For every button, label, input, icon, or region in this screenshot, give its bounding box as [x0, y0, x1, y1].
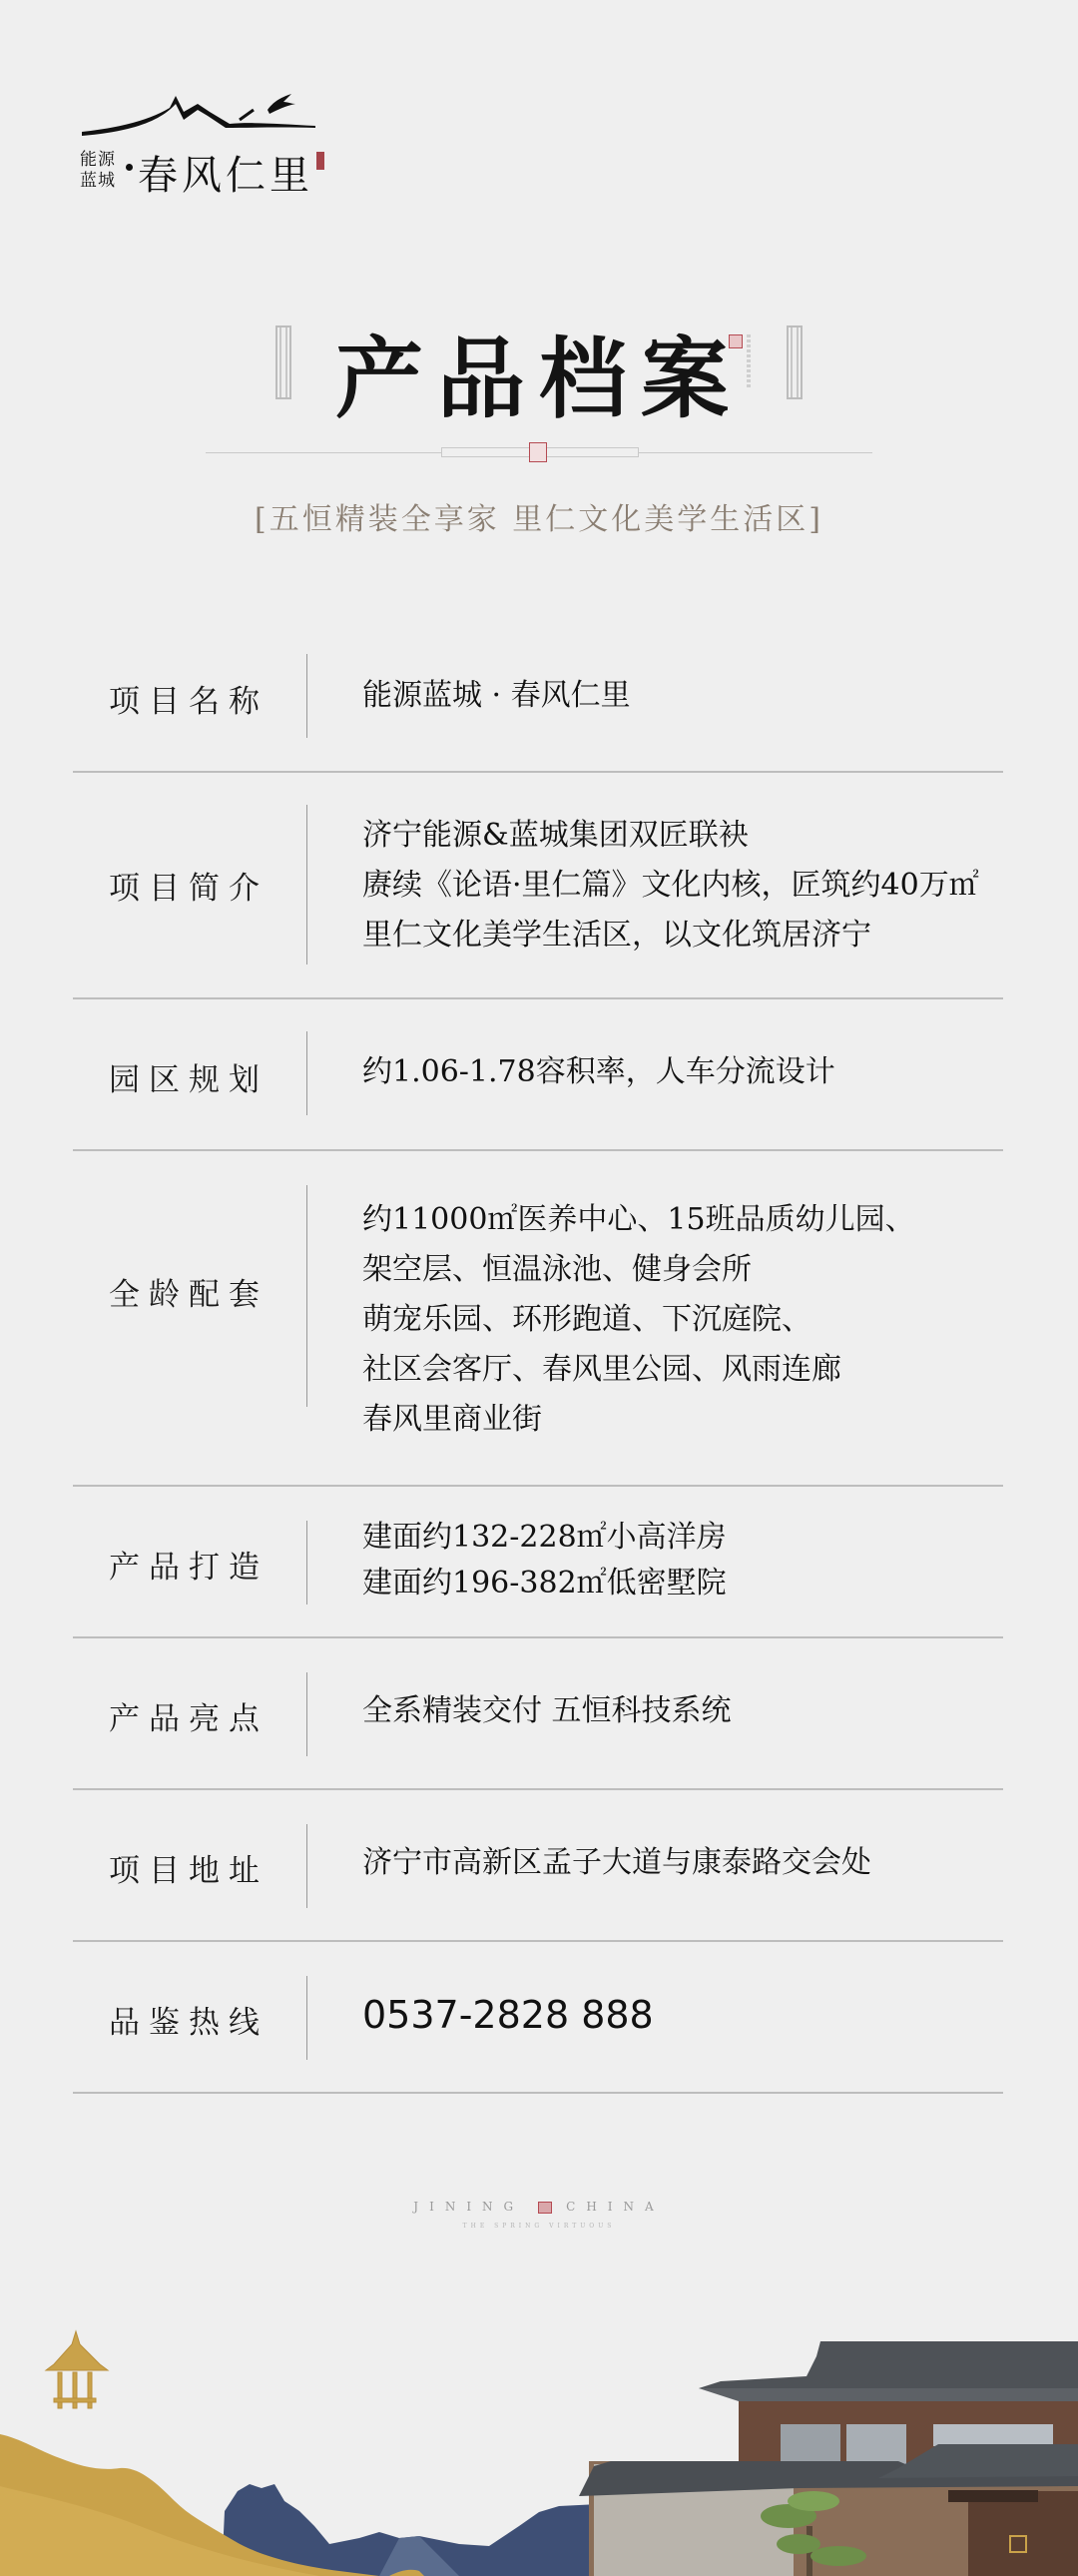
row-label: 品鉴热线 — [109, 1997, 269, 2042]
value-line: 赓续《论语·里仁篇》文化内核，匠筑约40万㎡ — [362, 861, 979, 911]
row-value: 能源蓝城 · 春风仁里 — [362, 671, 631, 721]
row-label: 项目地址 — [109, 1845, 269, 1890]
footer-right-word: CHINA — [566, 2200, 665, 2214]
row-label: 项目简介 — [109, 863, 269, 908]
value-line: 济宁能源&蓝城集团双匠联袂 — [362, 811, 979, 861]
table-row-address: 项目地址 济宁市高新区孟子大道与康泰路交会处 — [73, 1790, 1003, 1942]
row-value: 约1.06-1.78容积率，人车分流设计 — [362, 1047, 835, 1097]
pavilion-icon — [46, 2331, 108, 2408]
logo-seal-icon — [316, 152, 324, 170]
row-value: 建面约132-228㎡小高洋房 建面约196-382㎡低密墅院 — [362, 1515, 727, 1607]
table-row-hotline: 品鉴热线 0537-2828 888 — [73, 1942, 1003, 2094]
table-row-products: 产品打造 建面约132-228㎡小高洋房 建面约196-382㎡低密墅院 — [73, 1487, 1003, 1638]
title-seal-icon — [729, 334, 743, 348]
divider-seal-icon — [529, 442, 547, 462]
row-label: 全龄配套 — [109, 1269, 269, 1314]
value-line: 约1.06-1.78容积率，人车分流设计 — [362, 1047, 835, 1097]
value-line: 济宁市高新区孟子大道与康泰路交会处 — [362, 1838, 871, 1888]
pillar-right-decoration — [787, 325, 803, 399]
row-label: 项目名称 — [109, 676, 269, 721]
row-divider — [306, 1976, 307, 2060]
product-info-table: 项目名称 能源蓝城 · 春风仁里 项目简介 济宁能源&蓝城集团双匠联袂 赓续《论… — [73, 639, 1003, 2094]
row-label: 园区规划 — [109, 1054, 269, 1099]
page-title: 产品档案 — [0, 310, 1078, 435]
row-divider — [306, 1185, 307, 1407]
value-line: 里仁文化美学生活区，以文化筑居济宁 — [362, 911, 979, 961]
row-label: 产品打造 — [109, 1542, 269, 1587]
row-value: 济宁能源&蓝城集团双匠联袂 赓续《论语·里仁篇》文化内核，匠筑约40万㎡ 里仁文… — [362, 811, 979, 961]
value-line: 约11000㎡医养中心、15班品质幼儿园、 — [362, 1195, 915, 1245]
row-label: 产品亮点 — [109, 1693, 269, 1738]
table-row-amenities: 全龄配套 约11000㎡医养中心、15班品质幼儿园、 架空层、恒温泳池、健身会所… — [73, 1151, 1003, 1487]
row-value: 全系精装交付 五恒科技系统 — [362, 1686, 732, 1736]
table-row-highlights: 产品亮点 全系精装交付 五恒科技系统 — [73, 1638, 1003, 1790]
footer-tagline: THE SPRING VIRTUOUS — [0, 2223, 1078, 2230]
logo-dot — [126, 164, 133, 171]
hotline-number[interactable]: 0537-2828 888 — [362, 1990, 654, 2040]
page-subtitle: [五恒精装全享家 里仁文化美学生活区] — [0, 494, 1078, 538]
value-line: 全系精装交付 五恒科技系统 — [362, 1686, 732, 1736]
building-icon — [579, 2341, 1078, 2576]
row-divider — [306, 1031, 307, 1115]
value-line: 萌宠乐园、环形跑道、下沉庭院、 — [362, 1295, 915, 1345]
row-divider — [306, 805, 307, 965]
row-value: 约11000㎡医养中心、15班品质幼儿园、 架空层、恒温泳池、健身会所 萌宠乐园… — [362, 1195, 915, 1445]
table-row-park-planning: 园区规划 约1.06-1.78容积率，人车分流设计 — [73, 999, 1003, 1151]
row-divider — [306, 1824, 307, 1908]
table-row-project-name: 项目名称 能源蓝城 · 春风仁里 — [73, 639, 1003, 773]
logo-brand-name: 春风仁里 — [138, 144, 313, 201]
logo-company-1: 能源 — [80, 150, 116, 170]
logo-company-names: 能源 蓝城 — [80, 150, 120, 192]
logo-company-2: 蓝城 — [80, 171, 116, 191]
phone-number-text[interactable]: 0537-2828 888 — [362, 1990, 654, 2040]
value-line: 架空层、恒温泳池、健身会所 — [362, 1245, 915, 1295]
footer-location-mark: JININGCHINA — [0, 2200, 1078, 2214]
value-line: 社区会客厅、春风里公园、风雨连廊 — [362, 1345, 915, 1395]
row-divider — [306, 654, 307, 738]
value-line: 能源蓝城 · 春风仁里 — [362, 671, 631, 721]
page-header: 产品档案 — [0, 310, 1078, 419]
footer-seal-icon — [538, 2202, 552, 2214]
landscape-architecture-illustration — [0, 2326, 1078, 2576]
value-line: 春风里商业街 — [362, 1395, 915, 1445]
row-value: 济宁市高新区孟子大道与康泰路交会处 — [362, 1838, 871, 1888]
mountain-swallow-logo-icon — [80, 90, 319, 140]
row-divider — [306, 1672, 307, 1756]
footer-left-word: JINING — [413, 2200, 524, 2214]
row-divider — [306, 1521, 307, 1605]
value-line: 建面约132-228㎡小高洋房 — [362, 1515, 727, 1561]
title-vertical-text-decoration — [747, 334, 751, 389]
brand-logo: 能源 蓝城 春风仁里 — [80, 80, 329, 200]
table-row-project-intro: 项目简介 济宁能源&蓝城集团双匠联袂 赓续《论语·里仁篇》文化内核，匠筑约40万… — [73, 773, 1003, 999]
value-line: 建面约196-382㎡低密墅院 — [362, 1561, 727, 1607]
